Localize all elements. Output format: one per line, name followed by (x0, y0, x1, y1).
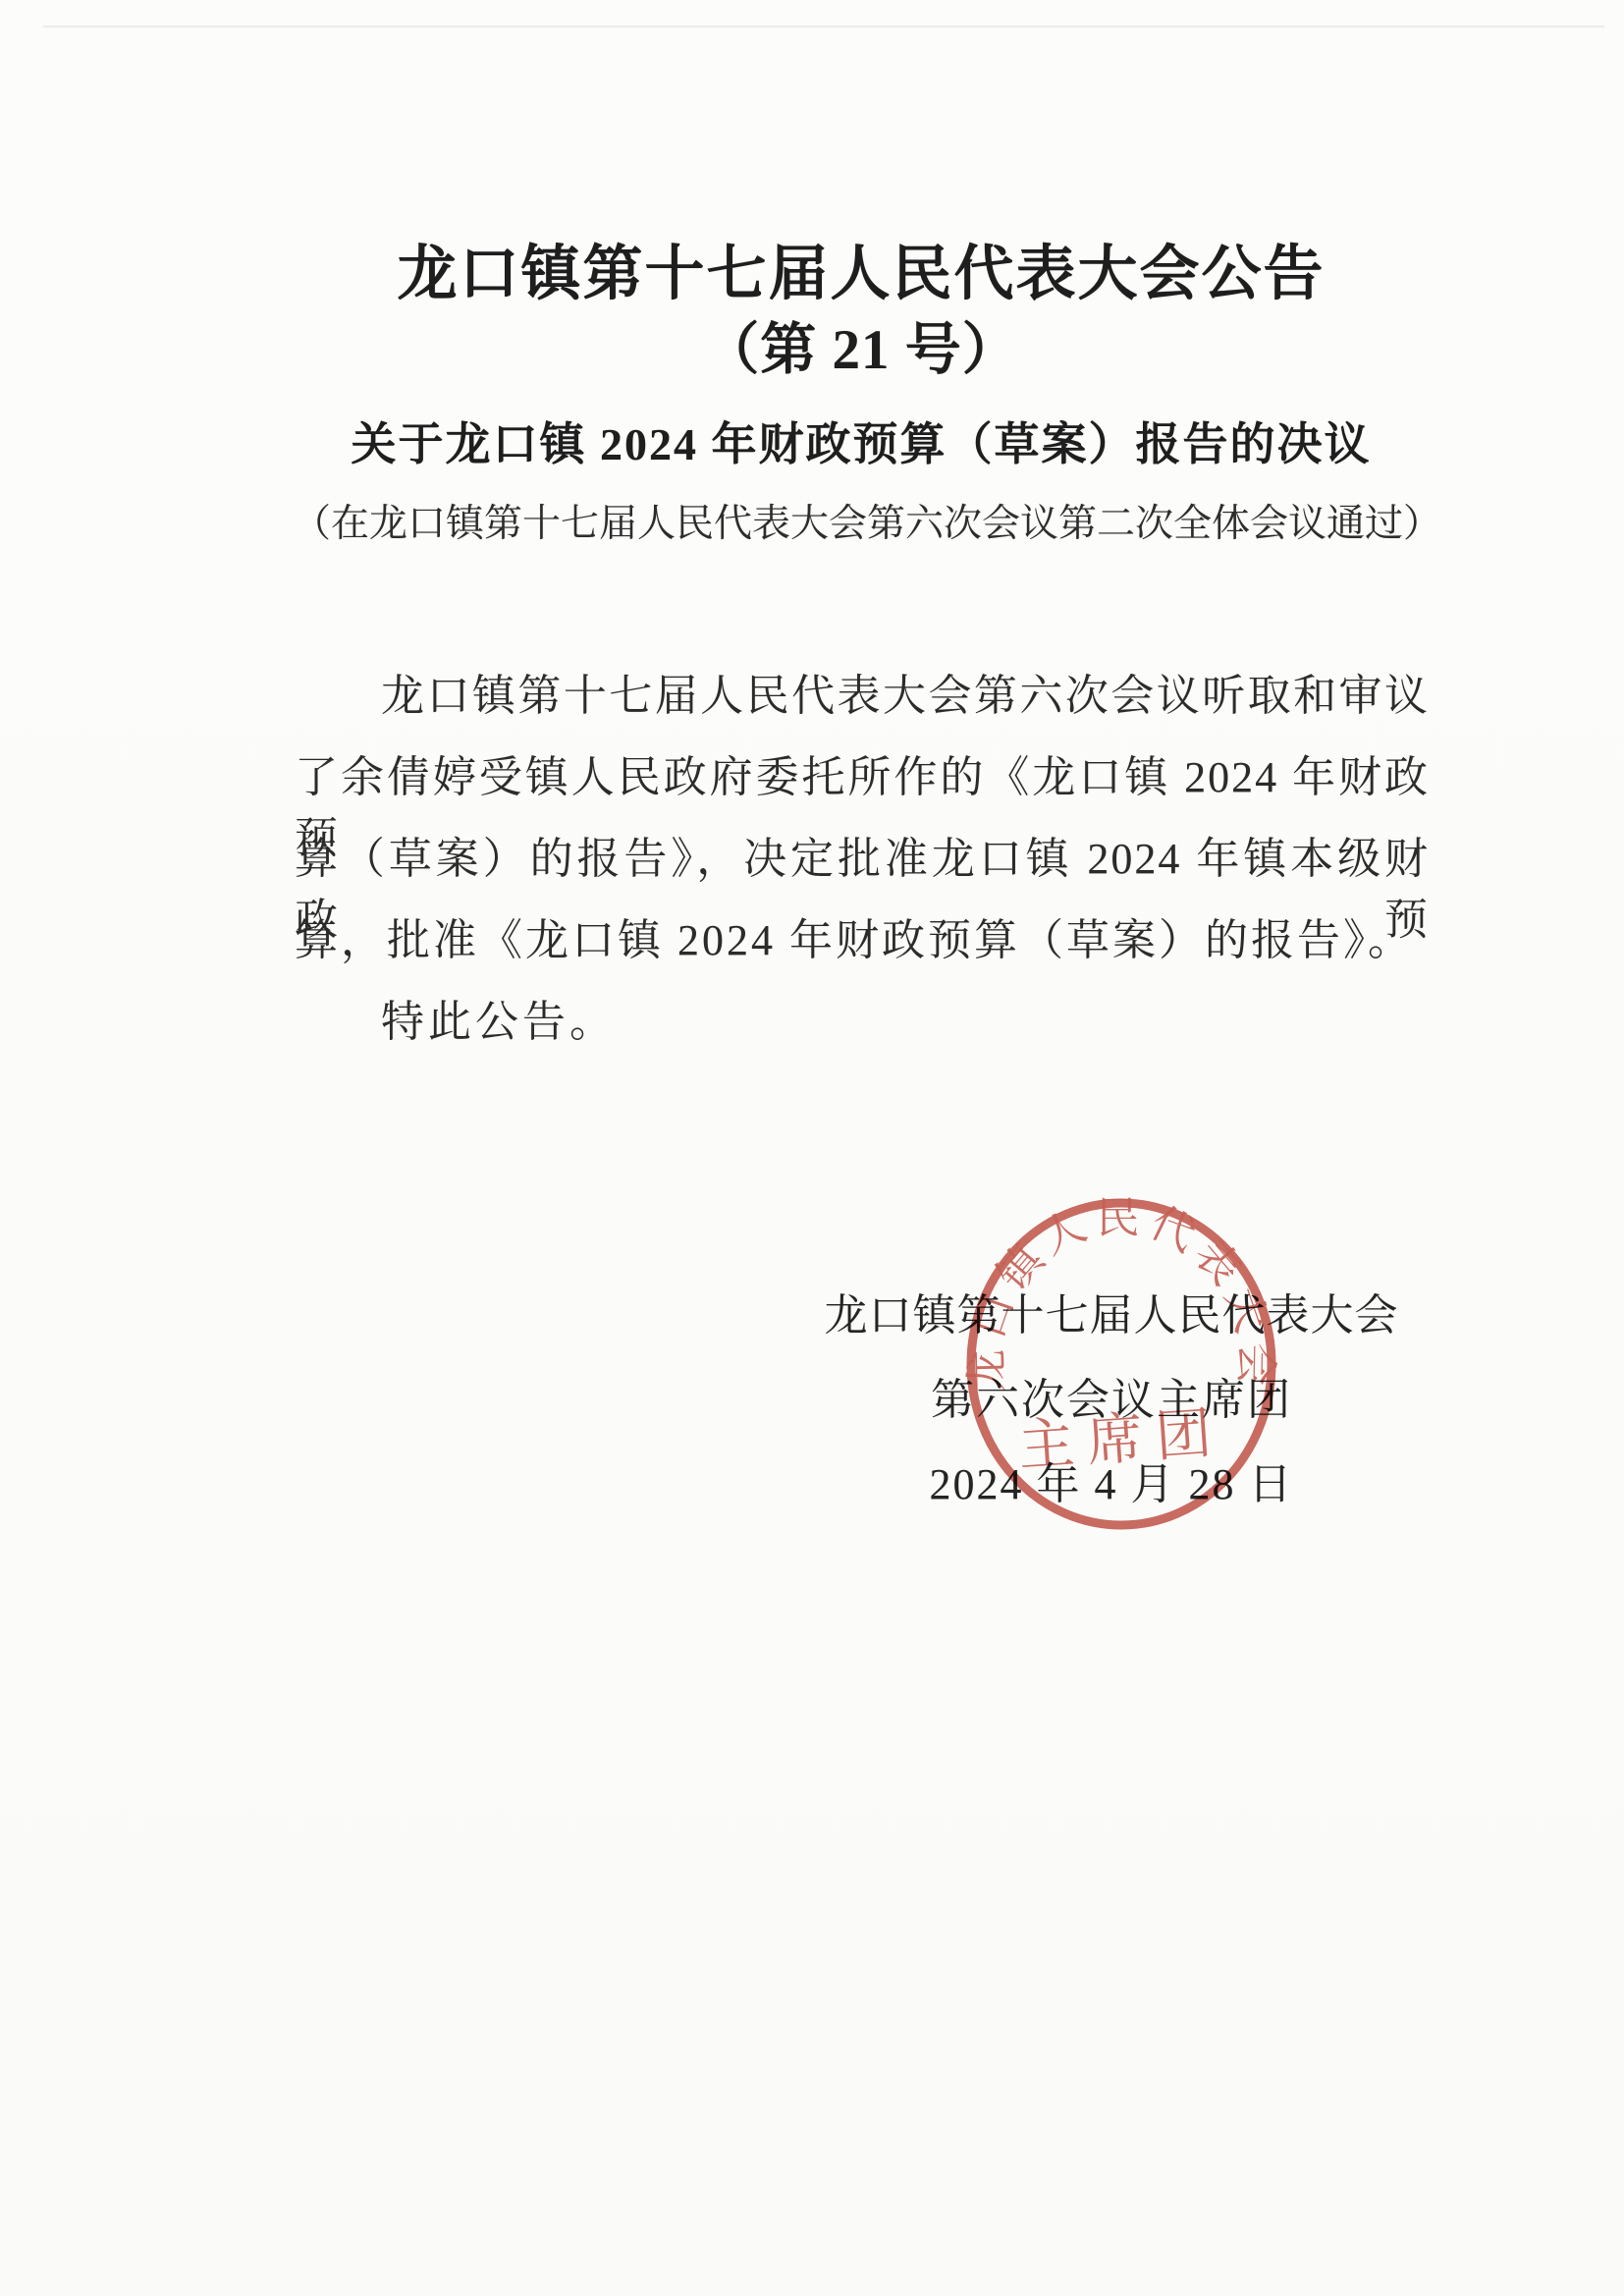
doc-title-line1: 龙口镇第十七届人民代表大会公告 (293, 240, 1430, 310)
body-line: 龙口镇第十七届人民代表大会第六次会议听取和审议 (295, 666, 1430, 727)
body-line: 特此公告。 (295, 992, 1430, 1053)
seal-rim-text: 龙口镇人民代表大会 (963, 1194, 1280, 1393)
passage-note: （在龙口镇第十七届人民代表大会第六次会议第二次全体会议通过） (293, 498, 1430, 551)
doc-title-line2: （第 21 号） (293, 317, 1430, 384)
doc-subtitle: 关于龙口镇 2024 年财政预算（草案）报告的决议 (293, 416, 1430, 473)
scanned-announcement-page: 龙口镇第十七届人民代表大会公告 （第 21 号） 关于龙口镇 2024 年财政预… (0, 0, 1624, 2296)
body-line: 算（草案）的报告》，决定批准龙口镇 2024 年镇本级财政预 (295, 829, 1430, 890)
body-line: 算，批准《龙口镇 2024 年财政预算（草案）的报告》。 (295, 910, 1430, 971)
official-seal: 龙口镇人民代表大会 主席团 (957, 1191, 1285, 1537)
seal-center-text: 主席团 (1016, 1402, 1226, 1478)
body-line: 了余倩婷受镇人民政府委托所作的《龙口镇 2024 年财政预 (295, 747, 1430, 808)
seal-rim-text-path: 龙口镇人民代表大会 (963, 1194, 1280, 1393)
scan-artifact-line (43, 26, 1604, 27)
